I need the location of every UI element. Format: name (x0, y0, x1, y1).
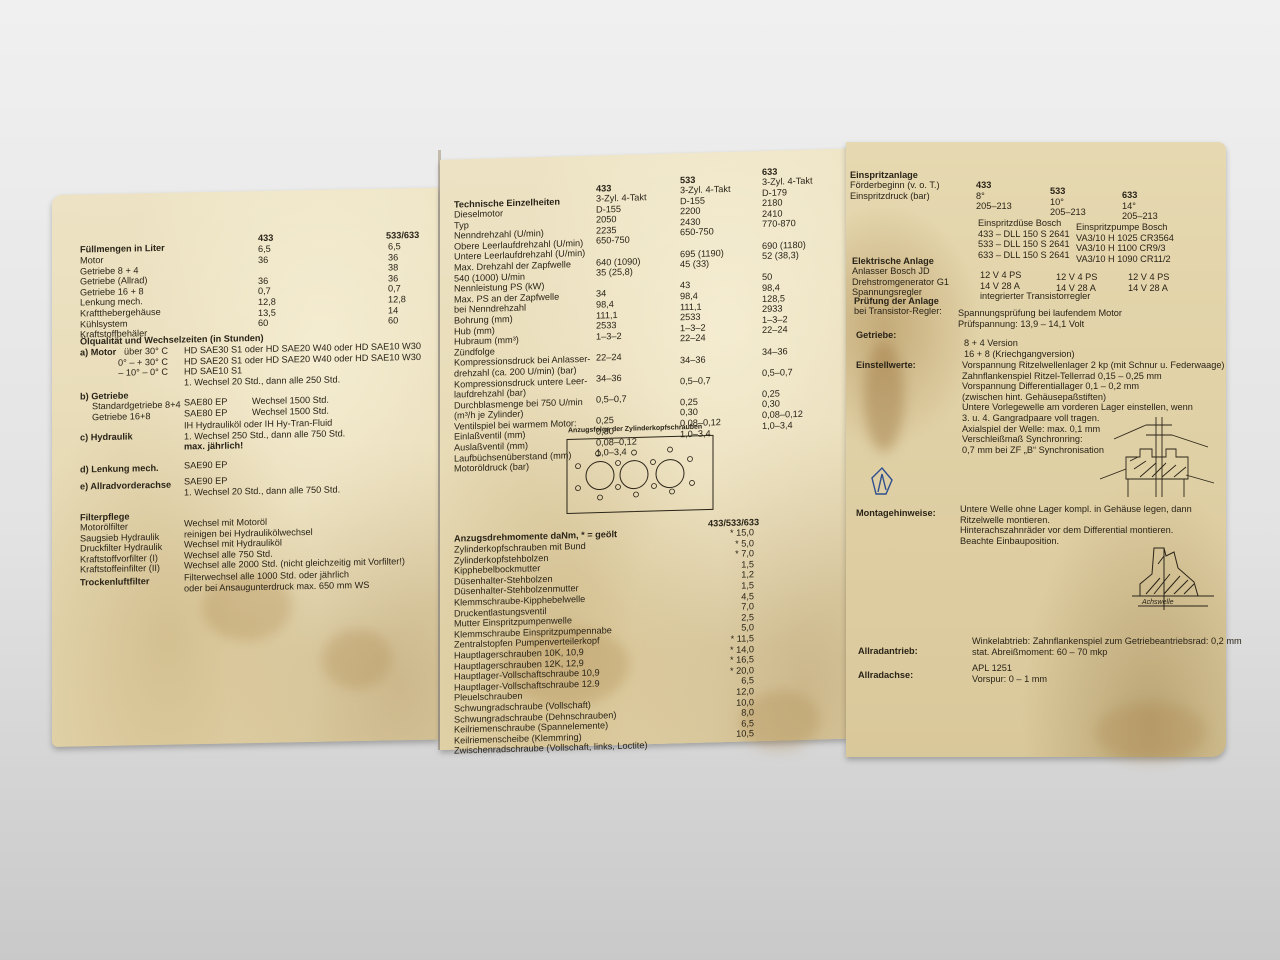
allradachse-lines: APL 1251Vorspur: 0 – 1 mm (972, 663, 1047, 684)
oil-motor-label: a) Motor (80, 347, 116, 358)
model-533-values: 3-Zyl. 4-TaktD-1552200 2430650-750 695 (… (680, 184, 731, 450)
getriebe-intervals: Wechsel 1500 Std.Wechsel 1500 Std. (252, 395, 329, 418)
hydraulik-label: c) Hydraulik (80, 431, 133, 443)
trocken-label: Trockenluftfilter (80, 576, 149, 588)
cylinder-head-bolt-diagram (566, 434, 716, 516)
einspritz-633: 63314°205–213 (1122, 190, 1158, 222)
fill-header-533: 533/633 (386, 230, 419, 241)
filter-labels: MotorölfilterSaugsieb Hydraulik Druckfil… (80, 521, 162, 576)
einspritz-title: Einspritzanlage (850, 170, 918, 181)
model-633-values: 3-Zyl. 4-TaktD-1792180 2410770-870 690 (… (762, 176, 813, 442)
allradantrieb-lines: Winkelabtrieb: Zahnflankenspiel zum Getr… (972, 636, 1242, 657)
right-panel-injection-electrics: Einspritzanlage Förderbeginn (v. o. T.)E… (846, 142, 1226, 757)
middle-panel-technical-details: Technische Einzelheiten DieselmotorTypNe… (440, 149, 848, 750)
getriebe-label-right: Getriebe: (856, 330, 896, 341)
fill-values-533: 6,536 3836 0,712,8 1460 (388, 241, 406, 326)
duese-block: Einspritzdüse Bosch433 – DLL 150 S 2641 … (978, 218, 1070, 260)
allradachse-label: Allradachse: (858, 670, 913, 681)
allrad-label: e) Allradvorderachse (80, 480, 171, 492)
lenkung-value: SAE90 EP (184, 460, 227, 471)
allradantrieb-label: Allradantrieb: (858, 646, 918, 657)
elektrik-533: 12 V 4 PS14 V 28 A (1056, 272, 1097, 293)
elektrik-labels: Anlasser Bosch JDDrehstromgenerator G1Sp… (852, 266, 949, 298)
pen-mark-icon (868, 464, 898, 500)
lenkung-label: d) Lenkung mech. (80, 463, 159, 475)
torque-values: * 15,0* 5,0* 7,0 1,51,21,5 4,57,02,5 5,0… (708, 527, 754, 740)
allrad-lines: SAE90 EP1. Wechsel 20 Std., dann alle 75… (184, 473, 340, 497)
getriebe-oils: SAE80 EPSAE80 EP (184, 397, 227, 419)
getriebe-types: Standardgetriebe 8+4Getriebe 16+8 (92, 400, 181, 423)
left-panel-fill-quantities: Füllmengen in Liter 433 533/633 MotorGet… (52, 188, 438, 747)
pruefung-lines: Spannungsprüfung bei laufendem MotorPrüf… (958, 308, 1122, 329)
einstell-label: Einstellwerte: (856, 360, 916, 371)
einspritz-533: 53310°205–213 (1050, 186, 1086, 218)
pruefung-title: Prüfung der Anlage (854, 296, 939, 307)
oil-temps: über 30° C0° – + 30° C– 10° – 0° C (118, 346, 168, 379)
einspritz-labels: Förderbeginn (v. o. T.)Einspritzdruck (b… (850, 180, 940, 201)
elektrik-633: 12 V 4 PS14 V 28 A (1128, 272, 1169, 293)
montage-lines: Untere Welle ohne Lager kompl. in Gehäus… (960, 504, 1192, 546)
pruefung-label: bei Transistor-Regler: (854, 306, 942, 317)
getriebe-lines-right: 8 + 4 Version16 + 8 (Kriechgangversion) (964, 338, 1075, 359)
pumpe-block: Einspritzpumpe BoschVA3/10 H 1025 CR3564… (1076, 222, 1174, 264)
fill-header-433: 433 (258, 233, 273, 244)
hydraulik-lines: IH Hydrauliköl oder IH Hy-Tran-Fluid1. W… (184, 417, 345, 452)
model-433-values: 3-Zyl. 4-TaktD-1552050 2235650-750 640 (… (596, 192, 647, 458)
trocken-lines: Filterwechsel alle 1000 Std. oder jährli… (184, 569, 369, 594)
filter-values: Wechsel mit Motorölreinigen bei Hydrauli… (184, 514, 405, 571)
torque-labels: Zylinderkopfschrauben mit BundZylinderko… (454, 539, 648, 756)
oil-specs: HD SAE30 S1 oder HD SAE20 W40 oder HD SA… (184, 341, 421, 388)
synchro-ring-drawing (1096, 417, 1216, 497)
fill-labels: MotorGetriebe 8 + 4 Getriebe (Allrad)Get… (80, 254, 161, 340)
elektrik-title: Elektrische Anlage (852, 256, 934, 267)
montage-label: Montagehinweise: (856, 508, 936, 519)
einspritz-433: 4338°205–213 (976, 180, 1012, 212)
fill-values-433: 6,536 36 0,712,8 13,560 (258, 244, 276, 329)
achswelle-label: Achswelle (1142, 598, 1174, 609)
